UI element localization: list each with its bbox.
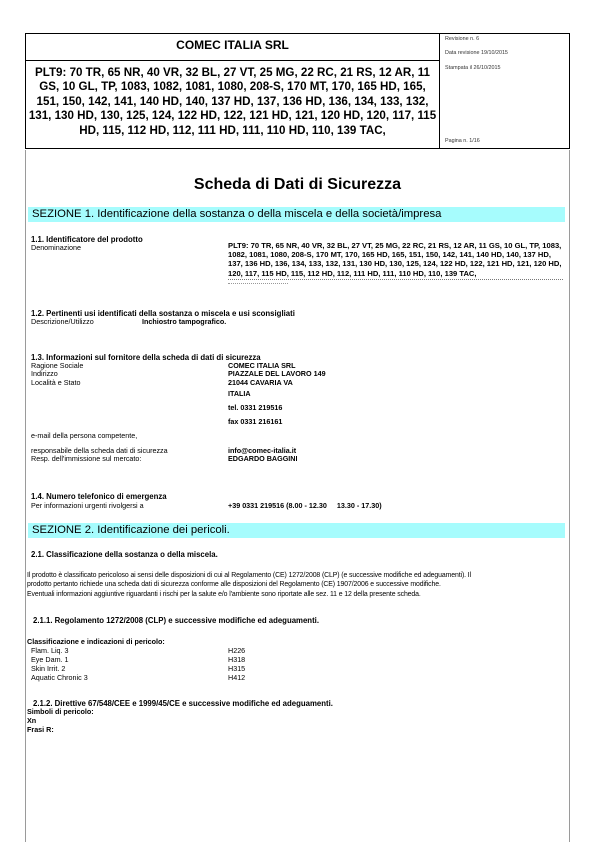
- hazard-class: Aquatic Chronic 3: [31, 673, 88, 682]
- page-number: Pagina n. 1/16: [445, 138, 480, 144]
- denominazione-value: PLT9: 70 TR, 65 NR, 40 VR, 32 BL, 27 VT,…: [228, 241, 566, 278]
- s2-1-1-heading: 2.1.1. Regolamento 1272/2008 (CLP) e suc…: [33, 616, 319, 625]
- document-header: COMEC ITALIA SRL PLT9: 70 TR, 65 NR, 40 …: [25, 33, 570, 149]
- page-border-right: [569, 150, 570, 842]
- hazard-code: H226: [228, 646, 245, 655]
- resp-value: EDGARDO BAGGINI: [228, 454, 297, 463]
- country-value: ITALIA: [228, 389, 251, 398]
- document-title: Scheda di Dati di Sicurezza: [25, 176, 570, 194]
- emergency-label: Per informazioni urgenti rivolgersi a: [31, 501, 144, 510]
- localita-value: 21044 CAVARIA VA: [228, 378, 293, 387]
- page-border-left: [25, 150, 26, 842]
- localita-label: Località e Stato: [31, 378, 81, 387]
- revision-number: Revisione n. 6: [445, 36, 479, 42]
- header-left-cell: COMEC ITALIA SRL PLT9: 70 TR, 65 NR, 40 …: [26, 34, 440, 148]
- classification-paragraph: Il prodotto è classificato pericoloso ai…: [27, 571, 567, 599]
- section-2-header: SEZIONE 2. Identificazione dei pericoli.: [28, 523, 565, 538]
- indirizzo-value: PIAZZALE DEL LAVORO 149: [228, 369, 326, 378]
- s1-4-heading: 1.4. Numero telefonico di emergenza: [31, 492, 167, 501]
- tel-value: tel. 0331 219516: [228, 403, 282, 412]
- header-meta: Revisione n. 6 Data revisione 19/10/2015…: [442, 34, 570, 148]
- para-line-2: prodotto pertanto richiede una scheda da…: [27, 580, 567, 589]
- descrizione-label: Descrizione/Utilizzo: [31, 317, 94, 326]
- company-name: COMEC ITALIA SRL: [26, 34, 439, 61]
- hazard-class: Skin Irrit. 2: [31, 664, 65, 673]
- descrizione-value: Inchiostro tampografico.: [142, 317, 226, 326]
- section-1-header: SEZIONE 1. Identificazione della sostanz…: [28, 207, 565, 222]
- hazard-code: H315: [228, 664, 245, 673]
- s2-1-heading: 2.1. Classificazione della sostanza o de…: [31, 550, 218, 559]
- symbols-label: Simboli di pericolo:: [27, 707, 94, 716]
- para-line-3: Eventuali informazioni aggiuntive riguar…: [27, 590, 567, 599]
- hazard-class: Eye Dam. 1: [31, 655, 69, 664]
- product-title: PLT9: 70 TR, 65 NR, 40 VR, 32 BL, 27 VT,…: [26, 61, 439, 138]
- denominazione-label: Denominazione: [31, 243, 81, 252]
- print-date: Stampata il 26/10/2015: [445, 65, 500, 71]
- fax-value: fax 0331 216161: [228, 417, 282, 426]
- hazard-class: Flam. Liq. 3: [31, 646, 69, 655]
- indirizzo-label: Indirizzo: [31, 369, 58, 378]
- revision-date: Data revisione 19/10/2015: [445, 50, 508, 56]
- emergency-phone: +39 0331 219516 (8.00 - 12.30 13.30 - 17…: [228, 501, 382, 510]
- resp-label: Resp. dell'immissione sul mercato:: [31, 454, 141, 463]
- email-label-1: e-mail della persona competente,: [31, 431, 137, 440]
- para-line-1: Il prodotto è classificato pericoloso ai…: [27, 571, 567, 580]
- classification-label: Classificazione e indicazioni di pericol…: [27, 637, 165, 646]
- hazard-code: H318: [228, 655, 245, 664]
- dotted-separator-short: [228, 283, 288, 285]
- r-phrases-label: Frasi R:: [27, 725, 54, 734]
- hazard-code: H412: [228, 673, 245, 682]
- hazard-symbol: Xn: [27, 716, 36, 725]
